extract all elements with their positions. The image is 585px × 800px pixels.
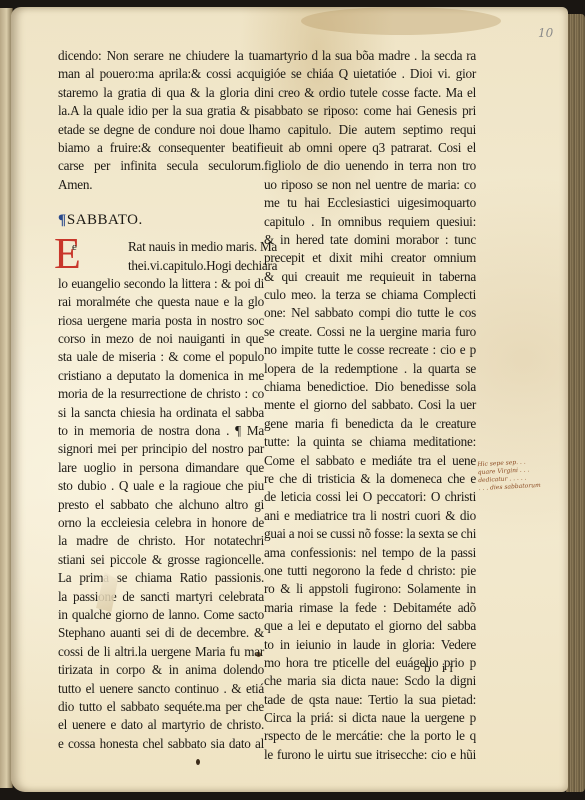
text-line: rai moralméte che questa naue e la glo — [58, 293, 264, 311]
text-line: corso in mezo de noi nauiganti in que — [58, 330, 264, 348]
signature-mark: b ii — [424, 660, 457, 676]
water-stain — [301, 7, 501, 35]
text-line: sta uale de miseria : & come el populo — [58, 348, 264, 366]
text-line: mo capitulo. Die autem septimo requi — [264, 121, 476, 139]
text-line: Amen. — [58, 176, 264, 194]
left-text-column: dicendo: Non serare ne chiudere la tua m… — [58, 47, 264, 753]
initial-block: E e Rat nauis in medio maris. Ma thei.vi… — [58, 238, 264, 275]
text-line: & qui creauit me requieuit in taberna — [264, 268, 476, 286]
text-line: lopera de la redemptione . la quarta se — [264, 360, 476, 378]
text-line: sabbato se riposo: come hai Genesis pri — [264, 102, 476, 120]
text-line: thei.vi.capitulo.Hogi dechiara — [58, 257, 264, 275]
right-text-column: martyrio d la sua bõa madre . la secda r… — [264, 47, 476, 764]
text-line: Rat nauis in medio maris. Ma — [58, 238, 264, 256]
text-line: stiani sei piccole & grosse ragioncelle. — [58, 551, 264, 569]
text-line: euit ab omni opere q3 patrarat. Cosi el — [264, 139, 476, 157]
text-line: ama confessionis: nel tempo de la passi — [264, 544, 476, 562]
heading-text: SABBATO. — [67, 211, 143, 229]
text-line: to in memoria de nostra dona . ¶ Ma — [58, 422, 264, 440]
text-line: guai a noi se cussi nõ fosse: la sexta s… — [264, 525, 476, 543]
text-line: precepit et dixit mihi creator omnium — [264, 249, 476, 267]
text-line: riosa uergene maria posta in nostro soc — [58, 312, 264, 330]
text-line: la.A la quale idio per la sua gratia & p… — [58, 102, 264, 120]
section-heading: ¶ SABBATO. — [58, 194, 264, 238]
text-line: no impite tutte le cosse recreate : cio … — [264, 341, 476, 359]
text-line: me tu hai Ecclesiastici uigesimoquarto — [264, 194, 476, 212]
text-line: mente el giorno del sabbato. Cosi la uer — [264, 396, 476, 414]
text-line: La prima se chiama Ratio passionis. — [58, 569, 264, 587]
text-line: dicendo: Non serare ne chiudere la tua — [58, 47, 264, 65]
text-line: gióe se chiáa Q uietatióe . Dioi vi. gio… — [264, 65, 476, 83]
text-line: Come el sabbato e mediáte tra el uene — [264, 452, 476, 470]
text-line: martyrio d la sua bõa madre . la secda r… — [264, 47, 476, 65]
text-line: one tutti negorono la fede d christo: pi… — [264, 562, 476, 580]
text-line: Circa la priá: si dicta naue la uergene … — [264, 709, 476, 727]
text-line: ani e mediatrice tra li nostri cuori & d… — [264, 507, 476, 525]
text-line: sto dubio . Q uale e la ragioue che piu — [58, 477, 264, 495]
text-line: tutte: la quinta se chiama meditatione: — [264, 433, 476, 451]
text-line: capitulo . In omnibus requiem quesiui: — [264, 213, 476, 231]
text-line: man al pouero:ma aprila:& cossi acqui — [58, 65, 264, 83]
text-line: gene maria fi benedicta da le creature — [264, 415, 476, 433]
foxing-spot — [196, 759, 200, 765]
text-line: el uenere e dato al martyrio de christo. — [58, 716, 264, 734]
text-line: si la sancta chiesia ha ordinata el sabb… — [58, 404, 264, 422]
text-line: in qualche giorno de lanno. Come sacto — [58, 606, 264, 624]
text-line: orno la eccleiesia celebra in honore de — [58, 514, 264, 532]
text-line: la madre de christo. Hor notatechri — [58, 532, 264, 550]
text-line: rspecto de le mercátie: che la porto le … — [264, 727, 476, 745]
text-line: maria rimase la fede : Debitaméte adõ — [264, 599, 476, 617]
text-line: cristiano a deputato la domenica in me — [58, 367, 264, 385]
text-line: le furono le uirtu sue itrisecche: cio e… — [264, 746, 476, 764]
guide-letter: e — [72, 238, 77, 256]
text-line: culo meo. la terza se chiama Complecti — [264, 286, 476, 304]
text-line: re che di tristicia & la domeneca che e — [264, 470, 476, 488]
text-line: presto el sabbato che alchuno altro gi — [58, 496, 264, 514]
text-line: moria de la resurrectione de christo : c… — [58, 385, 264, 403]
text-line: chiama benedictioe. Dio benedisse sola — [264, 378, 476, 396]
text-line: lo euangelio secondo la littera : & poi … — [58, 275, 264, 293]
text-line: cossi de li altri.la uergene Maria fu ma… — [58, 643, 264, 661]
text-line: de leticia cossi lei O peccatori: O chri… — [264, 488, 476, 506]
text-line: biamo a fruire:& consequenter beatifi — [58, 139, 264, 157]
text-line: la passione de sancti martyri celebrata — [58, 588, 264, 606]
handwritten-marginalia: Hic sepe sep. . . quare Virgini . . . de… — [477, 457, 559, 493]
text-line: Stephano auanti sei di de decembre. & — [58, 624, 264, 642]
text-line: tutto el uenere sancto continuo . & etiá — [58, 680, 264, 698]
text-line: etade se degne de condure noi doue lha — [58, 121, 264, 139]
manuscript-scan: 10 dicendo: Non serare ne chiudere la tu… — [0, 0, 585, 800]
text-line: tirizata in corpo & in anima dolendo — [58, 661, 264, 679]
text-line: ro & li appstoli fugirono: Solamente in — [264, 580, 476, 598]
paragraph-mark-icon: ¶ — [58, 211, 66, 229]
text-line: figliolo de dio uenendo in terra non tro — [264, 157, 476, 175]
text-line: se create. Cossi ne la uergine maria fur… — [264, 323, 476, 341]
text-line: lare uoglio in persona dimandare que — [58, 459, 264, 477]
text-line: to in ieiunio in laude in gloria: Vedere — [264, 636, 476, 654]
text-line: ni creo & ordio tutele cosse facte. Ma e… — [264, 84, 476, 102]
text-line: dio tutto el sabbato sequéte.ma per che — [58, 698, 264, 716]
text-line: tade de qsta naue: Tertio la sua pietad: — [264, 691, 476, 709]
text-line: e cossa honesta chel sabbato sia dato al — [58, 735, 264, 753]
text-line: signori mei per principio del nostro par — [58, 440, 264, 458]
text-line: one: Nel sabbato compi dio tutte le cos — [264, 304, 476, 322]
folio-number: 10 — [538, 26, 553, 40]
text-line: & in hered tate domini morabor : tunc — [264, 231, 476, 249]
text-line: staremo la gratia di qua & la gloria di — [58, 84, 264, 102]
text-line: uo riposo se non nel uentre de maria: co — [264, 176, 476, 194]
text-line: carse per infinita secula seculorum. — [58, 157, 264, 175]
text-line: que a lei e deputato el giorno del sabba — [264, 617, 476, 635]
page-fore-edge — [566, 14, 585, 792]
